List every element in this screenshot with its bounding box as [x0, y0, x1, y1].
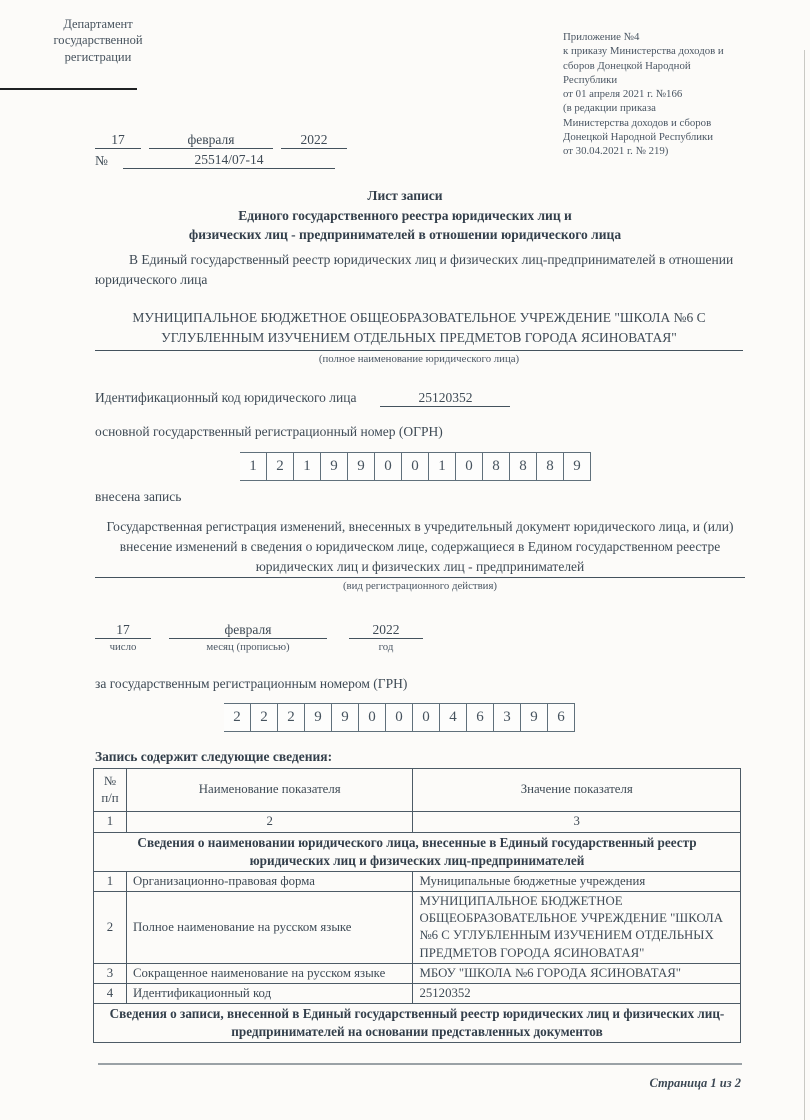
footer-divider-line: [98, 1063, 742, 1065]
record-details-table: № п/п Наименование показателя Значение п…: [93, 768, 741, 1043]
org-name-caption: (полное наименование юридического лица): [95, 353, 743, 365]
document-year: 2022: [281, 132, 347, 149]
appendix-line: к приказу Министерства доходов и: [563, 44, 793, 58]
document-number-row: № 25514/07-14: [95, 152, 347, 169]
registration-month-label: месяц (прописью): [169, 641, 327, 653]
row-name: Сокращенное наименование на русском язык…: [126, 963, 413, 983]
grn-digit-cell: 9: [332, 703, 359, 732]
scanned-document-page: Департаментгосударственнойрегистрации Пр…: [0, 0, 810, 1120]
row-num: 4: [94, 984, 127, 1004]
row-name: Идентификационный код: [126, 984, 413, 1004]
row-num: 3: [94, 963, 127, 983]
registration-action-caption: (вид регистрационного действия): [95, 580, 745, 592]
section-header-row: Сведения о наименовании юридического лиц…: [94, 833, 741, 872]
table-row: 2 Полное наименование на русском языке М…: [94, 891, 741, 963]
document-title-line: физических лиц - предпринимателей в отно…: [0, 225, 810, 245]
grn-digit-cell: 6: [467, 703, 494, 732]
table-row: 1 Организационно-правовая форма Муниципа…: [94, 871, 741, 891]
issuing-authority-line: регистрации: [26, 49, 170, 65]
header-name-cell: Наименование показателя: [126, 769, 413, 812]
grn-digit-cell: 6: [548, 703, 575, 732]
row-value: Муниципальные бюджетные учреждения: [413, 871, 741, 891]
left-divider-line: [0, 88, 137, 90]
issuing-authority-line: государственной: [26, 32, 170, 48]
id-code-value: 25120352: [380, 390, 510, 407]
registration-month-value: февраля: [169, 622, 327, 639]
grn-digit-cell: 2: [278, 703, 305, 732]
grn-digit-boxes: 2229900046396: [224, 703, 575, 732]
column-number-3: 3: [413, 812, 741, 833]
appendix-line: Приложение №4: [563, 30, 793, 44]
appendix-line: сборов Донецкой Народной: [563, 59, 793, 73]
page-number: Страница 1 из 2: [95, 1076, 741, 1091]
issuing-authority-line: Департамент: [26, 16, 170, 32]
column-number-1: 1: [94, 812, 127, 833]
number-sign: №: [95, 153, 123, 169]
table-header-row: № п/п Наименование показателя Значение п…: [94, 769, 741, 812]
entry-made-label: внесена запись: [95, 489, 181, 505]
ogrn-digit-cell: 9: [348, 452, 375, 481]
header-num-line1: №: [100, 773, 120, 790]
ogrn-digit-cell: 9: [321, 452, 348, 481]
table-row: 4 Идентификационный код 25120352: [94, 984, 741, 1004]
document-month: февраля: [149, 132, 273, 149]
column-numbers-row: 1 2 3: [94, 812, 741, 833]
ogrn-digit-cell: 0: [375, 452, 402, 481]
appendix-line: Министерства доходов и сборов: [563, 116, 793, 130]
registration-day-label: число: [95, 641, 151, 653]
grn-digit-cell: 3: [494, 703, 521, 732]
document-date-number-block: 17 февраля 2022 № 25514/07-14: [95, 132, 347, 172]
ogrn-digit-cell: 2: [267, 452, 294, 481]
header-value-cell: Значение показателя: [413, 769, 741, 812]
row-num: 1: [94, 871, 127, 891]
ogrn-digit-cell: 8: [483, 452, 510, 481]
appendix-line: Республики: [563, 73, 793, 87]
document-day: 17: [95, 132, 141, 149]
registration-month-field: февраля месяц (прописью): [169, 622, 327, 653]
table-row: 3 Сокращенное наименование на русском яз…: [94, 963, 741, 983]
id-code-line: Идентификационный код юридического лица2…: [95, 390, 510, 407]
row-num: 2: [94, 891, 127, 963]
row-value: 25120352: [413, 984, 741, 1004]
document-date-row: 17 февраля 2022: [95, 132, 347, 149]
section2-title: Сведения о записи, внесенной в Единый го…: [94, 1004, 741, 1043]
org-name: МУНИЦИПАЛЬНОЕ БЮДЖЕТНОЕ ОБЩЕОБРАЗОВАТЕЛЬ…: [95, 308, 743, 351]
row-value: МБОУ "ШКОЛА №6 ГОРОДА ЯСИНОВАТАЯ": [413, 963, 741, 983]
table-intro-label: Запись содержит следующие сведения:: [95, 749, 332, 765]
section-header-row: Сведения о записи, внесенной в Единый го…: [94, 1004, 741, 1043]
header-num-line2: п/п: [100, 790, 120, 807]
ogrn-digit-cell: 1: [240, 452, 267, 481]
ogrn-digit-cell: 1: [294, 452, 321, 481]
section1-title: Сведения о наименовании юридического лиц…: [94, 833, 741, 872]
appendix-line: от 01 апреля 2021 г. №166: [563, 87, 793, 101]
registration-action-text: Государственная регистрация изменений, в…: [95, 517, 745, 578]
grn-digit-cell: 0: [386, 703, 413, 732]
issuing-authority: Департаментгосударственнойрегистрации: [26, 16, 170, 65]
ogrn-digit-cell: 0: [456, 452, 483, 481]
grn-digit-cell: 2: [224, 703, 251, 732]
registration-date-block: 17 число февраля месяц (прописью) 2022 г…: [95, 622, 423, 653]
ogrn-digit-cell: 8: [537, 452, 564, 481]
grn-digit-cell: 0: [359, 703, 386, 732]
id-code-label: Идентификационный код юридического лица: [95, 390, 356, 405]
appendix-line: Донецкой Народной Республики: [563, 130, 793, 144]
appendix-reference: Приложение №4к приказу Министерства дохо…: [563, 30, 793, 158]
row-value: МУНИЦИПАЛЬНОЕ БЮДЖЕТНОЕ ОБЩЕОБРАЗОВАТЕЛЬ…: [413, 891, 741, 963]
registration-day-value: 17: [95, 622, 151, 639]
registration-year-value: 2022: [349, 622, 423, 639]
document-title: Лист записиЕдиного государственного реес…: [0, 186, 810, 245]
document-number: 25514/07-14: [123, 152, 335, 169]
column-number-2: 2: [126, 812, 413, 833]
grn-digit-cell: 9: [521, 703, 548, 732]
document-title-line: Лист записи: [0, 186, 810, 206]
document-title-line: Единого государственного реестра юридиче…: [0, 206, 810, 226]
registration-day-field: 17 число: [95, 622, 151, 653]
registration-year-field: 2022 год: [349, 622, 423, 653]
row-name: Полное наименование на русском языке: [126, 891, 413, 963]
grn-digit-cell: 9: [305, 703, 332, 732]
grn-digit-cell: 0: [413, 703, 440, 732]
ogrn-digit-cell: 8: [510, 452, 537, 481]
row-name: Организационно-правовая форма: [126, 871, 413, 891]
ogrn-digit-cell: 9: [564, 452, 591, 481]
appendix-line: (в редакции приказа: [563, 101, 793, 115]
ogrn-digit-cell: 0: [402, 452, 429, 481]
registration-year-label: год: [349, 641, 423, 653]
appendix-line: от 30.04.2021 г. № 219): [563, 144, 793, 158]
intro-paragraph: В Единый государственный реестр юридичес…: [95, 250, 743, 289]
grn-label: за государственным регистрационным номер…: [95, 676, 407, 692]
org-name-block: МУНИЦИПАЛЬНОЕ БЮДЖЕТНОЕ ОБЩЕОБРАЗОВАТЕЛЬ…: [95, 308, 743, 365]
ogrn-digit-cell: 1: [429, 452, 456, 481]
ogrn-digit-boxes: 1219900108889: [240, 452, 591, 481]
registration-action-block: Государственная регистрация изменений, в…: [95, 517, 745, 592]
grn-digit-cell: 4: [440, 703, 467, 732]
header-num-cell: № п/п: [94, 769, 127, 812]
grn-digit-cell: 2: [251, 703, 278, 732]
ogrn-label: основной государственный регистрационный…: [95, 424, 443, 440]
